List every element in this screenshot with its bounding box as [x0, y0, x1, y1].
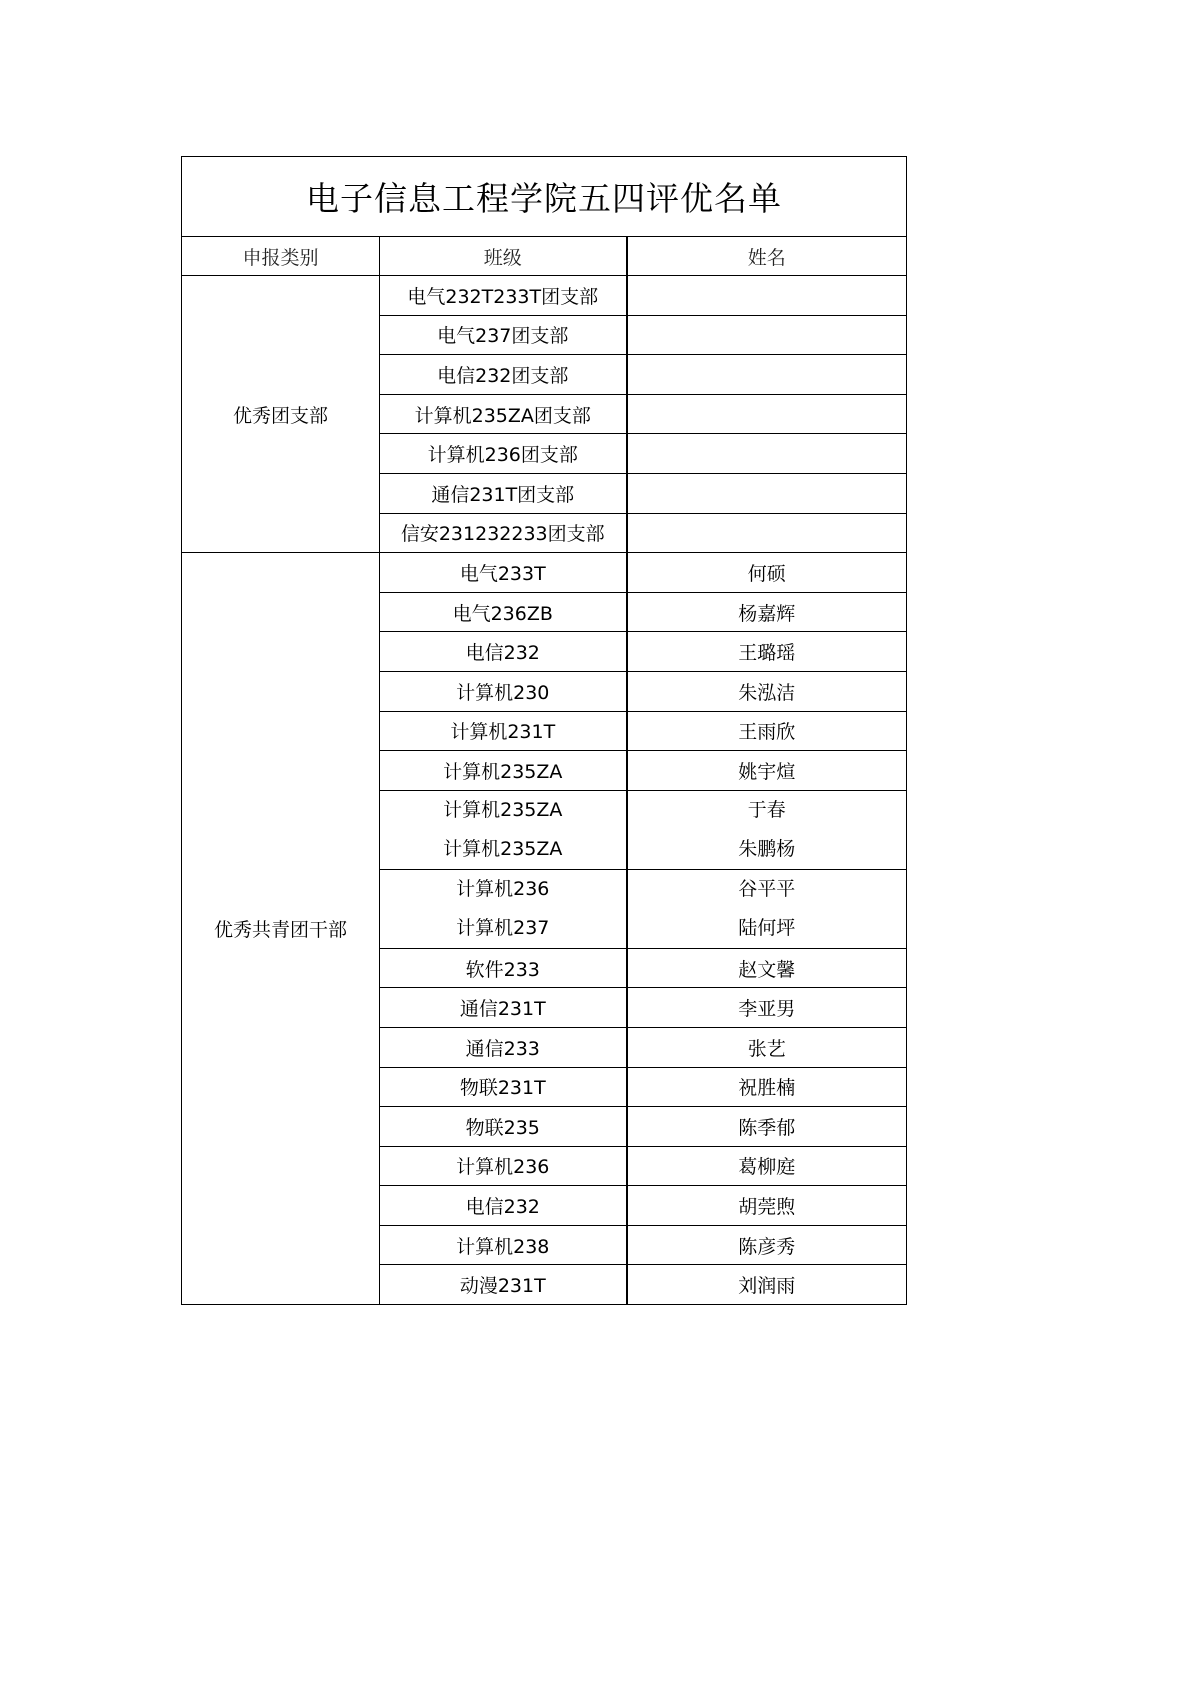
class-cell: 通信231T [380, 988, 627, 1028]
title-row: 电子信息工程学院五四评优名单 [182, 157, 907, 237]
class-cell: 物联235 [380, 1107, 627, 1147]
name-cell: 李亚男 [627, 988, 907, 1028]
class-cell: 电气232T233T团支部 [380, 276, 627, 316]
header-name: 姓名 [627, 237, 907, 276]
class-cell: 信安231232233团支部 [380, 513, 627, 553]
name-cell: 朱鹏杨 [628, 830, 907, 868]
class-cell: 计算机238 [380, 1225, 627, 1265]
name-cell [627, 355, 907, 395]
table-row: 优秀团支部 电气232T233T团支部 [182, 276, 907, 316]
class-cell: 计算机237 [380, 909, 626, 947]
class-cell-stacked: 计算机236 计算机237 [380, 869, 627, 948]
class-cell: 动漫231T [380, 1265, 627, 1305]
name-cell: 陆何坪 [628, 909, 907, 947]
class-cell: 计算机231T [380, 711, 627, 751]
class-cell: 电信232 [380, 632, 627, 672]
class-cell: 电信232 [380, 1186, 627, 1226]
name-cell: 于春 [628, 791, 907, 829]
name-cell [627, 473, 907, 513]
name-cell [627, 276, 907, 316]
name-cell [627, 434, 907, 474]
name-cell: 何硕 [627, 553, 907, 593]
award-list-table: 电子信息工程学院五四评优名单 申报类别 班级 姓名 优秀团支部 电气232T23… [181, 156, 907, 1305]
table-row: 优秀共青团干部 电气233T 何硕 [182, 553, 907, 593]
category-cell: 优秀团支部 [182, 276, 380, 553]
name-cell: 姚宇煊 [627, 751, 907, 791]
name-cell: 朱泓洁 [627, 671, 907, 711]
class-cell: 计算机236 [380, 1146, 627, 1186]
class-cell: 电气233T [380, 553, 627, 593]
header-class: 班级 [380, 237, 627, 276]
document-title: 电子信息工程学院五四评优名单 [182, 157, 907, 237]
name-cell: 胡莞煦 [627, 1186, 907, 1226]
class-cell: 计算机235ZA [380, 751, 627, 791]
class-cell: 软件233 [380, 948, 627, 988]
name-cell: 祝胜楠 [627, 1067, 907, 1107]
name-cell [627, 513, 907, 553]
class-cell: 计算机236团支部 [380, 434, 627, 474]
class-cell: 通信233 [380, 1027, 627, 1067]
name-cell: 赵文馨 [627, 948, 907, 988]
document-page: 电子信息工程学院五四评优名单 申报类别 班级 姓名 优秀团支部 电气232T23… [0, 0, 1191, 1684]
name-cell: 刘润雨 [627, 1265, 907, 1305]
name-cell [627, 394, 907, 434]
name-cell: 陈彦秀 [627, 1225, 907, 1265]
name-cell [627, 315, 907, 355]
class-cell: 物联231T [380, 1067, 627, 1107]
name-cell: 葛柳庭 [627, 1146, 907, 1186]
category-cell: 优秀共青团干部 [182, 553, 380, 1305]
header-row: 申报类别 班级 姓名 [182, 237, 907, 276]
name-cell: 谷平平 [628, 870, 907, 908]
name-cell-stacked: 谷平平 陆何坪 [627, 869, 907, 948]
class-cell: 计算机235ZA [380, 830, 626, 868]
class-cell: 电气237团支部 [380, 315, 627, 355]
name-cell: 张艺 [627, 1027, 907, 1067]
class-cell: 电气236ZB [380, 592, 627, 632]
name-cell: 王璐瑶 [627, 632, 907, 672]
name-cell: 陈季郁 [627, 1107, 907, 1147]
class-cell: 计算机235ZA团支部 [380, 394, 627, 434]
class-cell: 通信231T团支部 [380, 473, 627, 513]
class-cell: 计算机235ZA [380, 791, 626, 829]
name-cell: 王雨欣 [627, 711, 907, 751]
class-cell: 计算机236 [380, 870, 626, 908]
class-cell: 计算机230 [380, 671, 627, 711]
header-category: 申报类别 [182, 237, 380, 276]
name-cell: 杨嘉辉 [627, 592, 907, 632]
class-cell: 电信232团支部 [380, 355, 627, 395]
class-cell-stacked: 计算机235ZA 计算机235ZA [380, 790, 627, 869]
name-cell-stacked: 于春 朱鹏杨 [627, 790, 907, 869]
